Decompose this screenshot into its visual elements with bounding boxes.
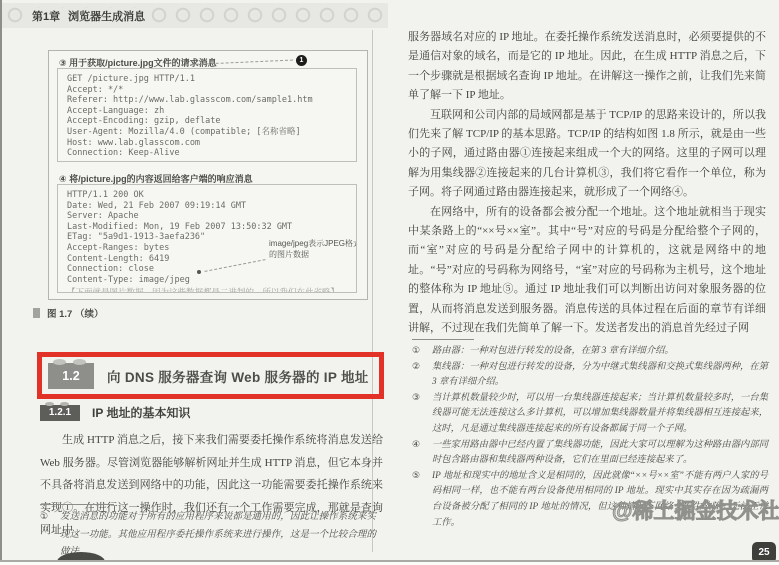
footnote-item: ③ 当计算机数量较少时，可以用一台集线器连接起来；当计算机数量较多时，一台集线器… — [412, 391, 768, 438]
code-line: Date: Wed, 21 Feb 2007 09:19:14 GMT — [67, 201, 356, 212]
code-line: GET /picture.jpg HTTP/1.1 — [67, 74, 356, 85]
jpeg-format-annotation: image/jpeg表示JPEG格式的图片数据 — [269, 239, 357, 260]
body-paragraph: 服务器域名对应的 IP 地址。在委托操作系统发送消息时，必须要提供的不是通信对象… — [408, 28, 766, 106]
footnote-item: ① 路由器：一种对包进行转发的设备，在第 3 章有详细介绍。 — [412, 344, 768, 360]
binary-data-omitted-note: 【下面就是图片数据，因为这些数据都是二进制的，所以我们在此省略】 — [67, 287, 356, 293]
chapter-header: 第1章浏览器生成消息 — [2, 3, 388, 28]
footnote-item: ② 集线器：一种对包进行转发的设备，分为中继式集线器和交换式集线器两种，在第 3… — [412, 360, 768, 391]
figure-1-7: ③ 用于获取/picture.jpg文件的请求消息 1 GET /picture… — [48, 50, 368, 300]
footnote-marker: ③ — [412, 391, 432, 438]
footnote-divider — [412, 339, 474, 340]
chapter-header-text: 第1章浏览器生成消息 — [28, 8, 149, 24]
section-number-brick: 1.2 — [48, 363, 94, 389]
brick-stud-icon — [73, 359, 86, 365]
section-number: 1.2 — [62, 369, 79, 383]
footnote-item: ④ 一些家用路由器中已经内置了集线器功能，因此大家可以理解为这种路由器内部同时包… — [412, 438, 768, 469]
brick-stud-icon — [60, 402, 69, 406]
footnote-text: 一些家用路由器中已经内置了集线器功能，因此大家可以理解为这种路由器内部同时包含路… — [432, 438, 768, 469]
code-line: HTTP/1.1 200 OK — [67, 190, 356, 201]
figure-caption-text: 图 1.7 （续） — [47, 306, 104, 320]
caption-marker-icon — [33, 308, 40, 318]
right-page-body: 服务器域名对应的 IP 地址。在委托操作系统发送消息时，必须要提供的不是通信对象… — [408, 28, 766, 339]
code-line: Host: www.lab.glasscom.com — [67, 138, 356, 149]
footnote-marker: ⑤ — [412, 469, 432, 531]
code-line: Content-Type: image/jpeg — [67, 275, 356, 286]
section-title: 向 DNS 服务器查询 Web 服务器的 IP 地址 — [107, 366, 369, 386]
body-paragraph: 互联网和公司内部的局域网都是基于 TCP/IP 的思路来设计的，所以我们先来了解… — [408, 106, 766, 203]
code-line: Accept-Encoding: gzip, deflate — [67, 116, 356, 127]
subsection-number: 1.2.1 — [49, 407, 71, 418]
juejin-watermark: @稀土掘金技术社区 — [612, 495, 779, 525]
http-response-code-box: HTTP/1.1 200 OK Date: Wed, 21 Feb 2007 0… — [57, 184, 357, 293]
red-highlight-box: 1.2 向 DNS 服务器查询 Web 服务器的 IP 地址 — [37, 352, 384, 399]
subsection-title: IP 地址的基本知识 — [92, 404, 190, 421]
code-line: Accept-Language: zh — [67, 106, 356, 117]
code-line: Server: Apache — [67, 211, 356, 222]
code-line: Accept: */* — [67, 85, 356, 96]
circled-one-marker: 1 — [296, 55, 307, 66]
footnote-divider — [40, 504, 114, 505]
brick-stud-icon — [45, 402, 54, 406]
footnote-text: 当计算机数量较少时，可以用一台集线器连接起来；当计算机数量较多时，一台集线器可能… — [432, 391, 768, 438]
book-scan-page: 第1章浏览器生成消息 ③ 用于获取/picture.jpg文件的请求消息 1 G… — [0, 0, 779, 565]
footnote-marker: ① — [412, 344, 432, 360]
subsection-header: 1.2.1 IP 地址的基本知识 — [40, 404, 190, 421]
code-line: User-Agent: Mozilla/4.0 (compatible; [名称… — [67, 127, 356, 138]
code-line: Connection: Keep-Alive — [67, 148, 356, 159]
body-paragraph: 在网络中，所有的设备都会被分配一个地址。这个地址就相当于现实中某条路上的“××号… — [408, 203, 766, 339]
chapter-title: 浏览器生成消息 — [68, 11, 145, 23]
footnote-text: 路由器：一种对包进行转发的设备，在第 3 章有详细介绍。 — [432, 344, 768, 360]
annotation-dot — [197, 270, 201, 274]
footnote-marker: ② — [412, 360, 432, 391]
chapter-number: 第1章 — [32, 11, 60, 23]
subsection-number-brick: 1.2.1 — [40, 405, 80, 421]
footnote-text: 发送消息的功能对于所有的应用程序来说都是通用的，因此让操作系统来实现这一功能。其… — [60, 509, 376, 562]
http-request-code-box: GET /picture.jpg HTTP/1.1 Accept: */* Re… — [57, 68, 357, 162]
figure-caption: 图 1.7 （续） — [33, 306, 104, 320]
footnote-marker: ④ — [412, 438, 432, 469]
footnote-marker: ① — [40, 509, 60, 562]
scan-left-edge — [0, 0, 2, 561]
footnote-text: 集线器：一种对包进行转发的设备，分为中继式集线器和交换式集线器两种，在第 3 章… — [432, 360, 768, 391]
brick-stud-icon — [53, 359, 66, 365]
code-line: Last-Modified: Mon, 19 Feb 2007 13:50:32… — [67, 222, 356, 233]
code-line: Referer: http://www.lab.glasscom.com/sam… — [67, 95, 356, 106]
